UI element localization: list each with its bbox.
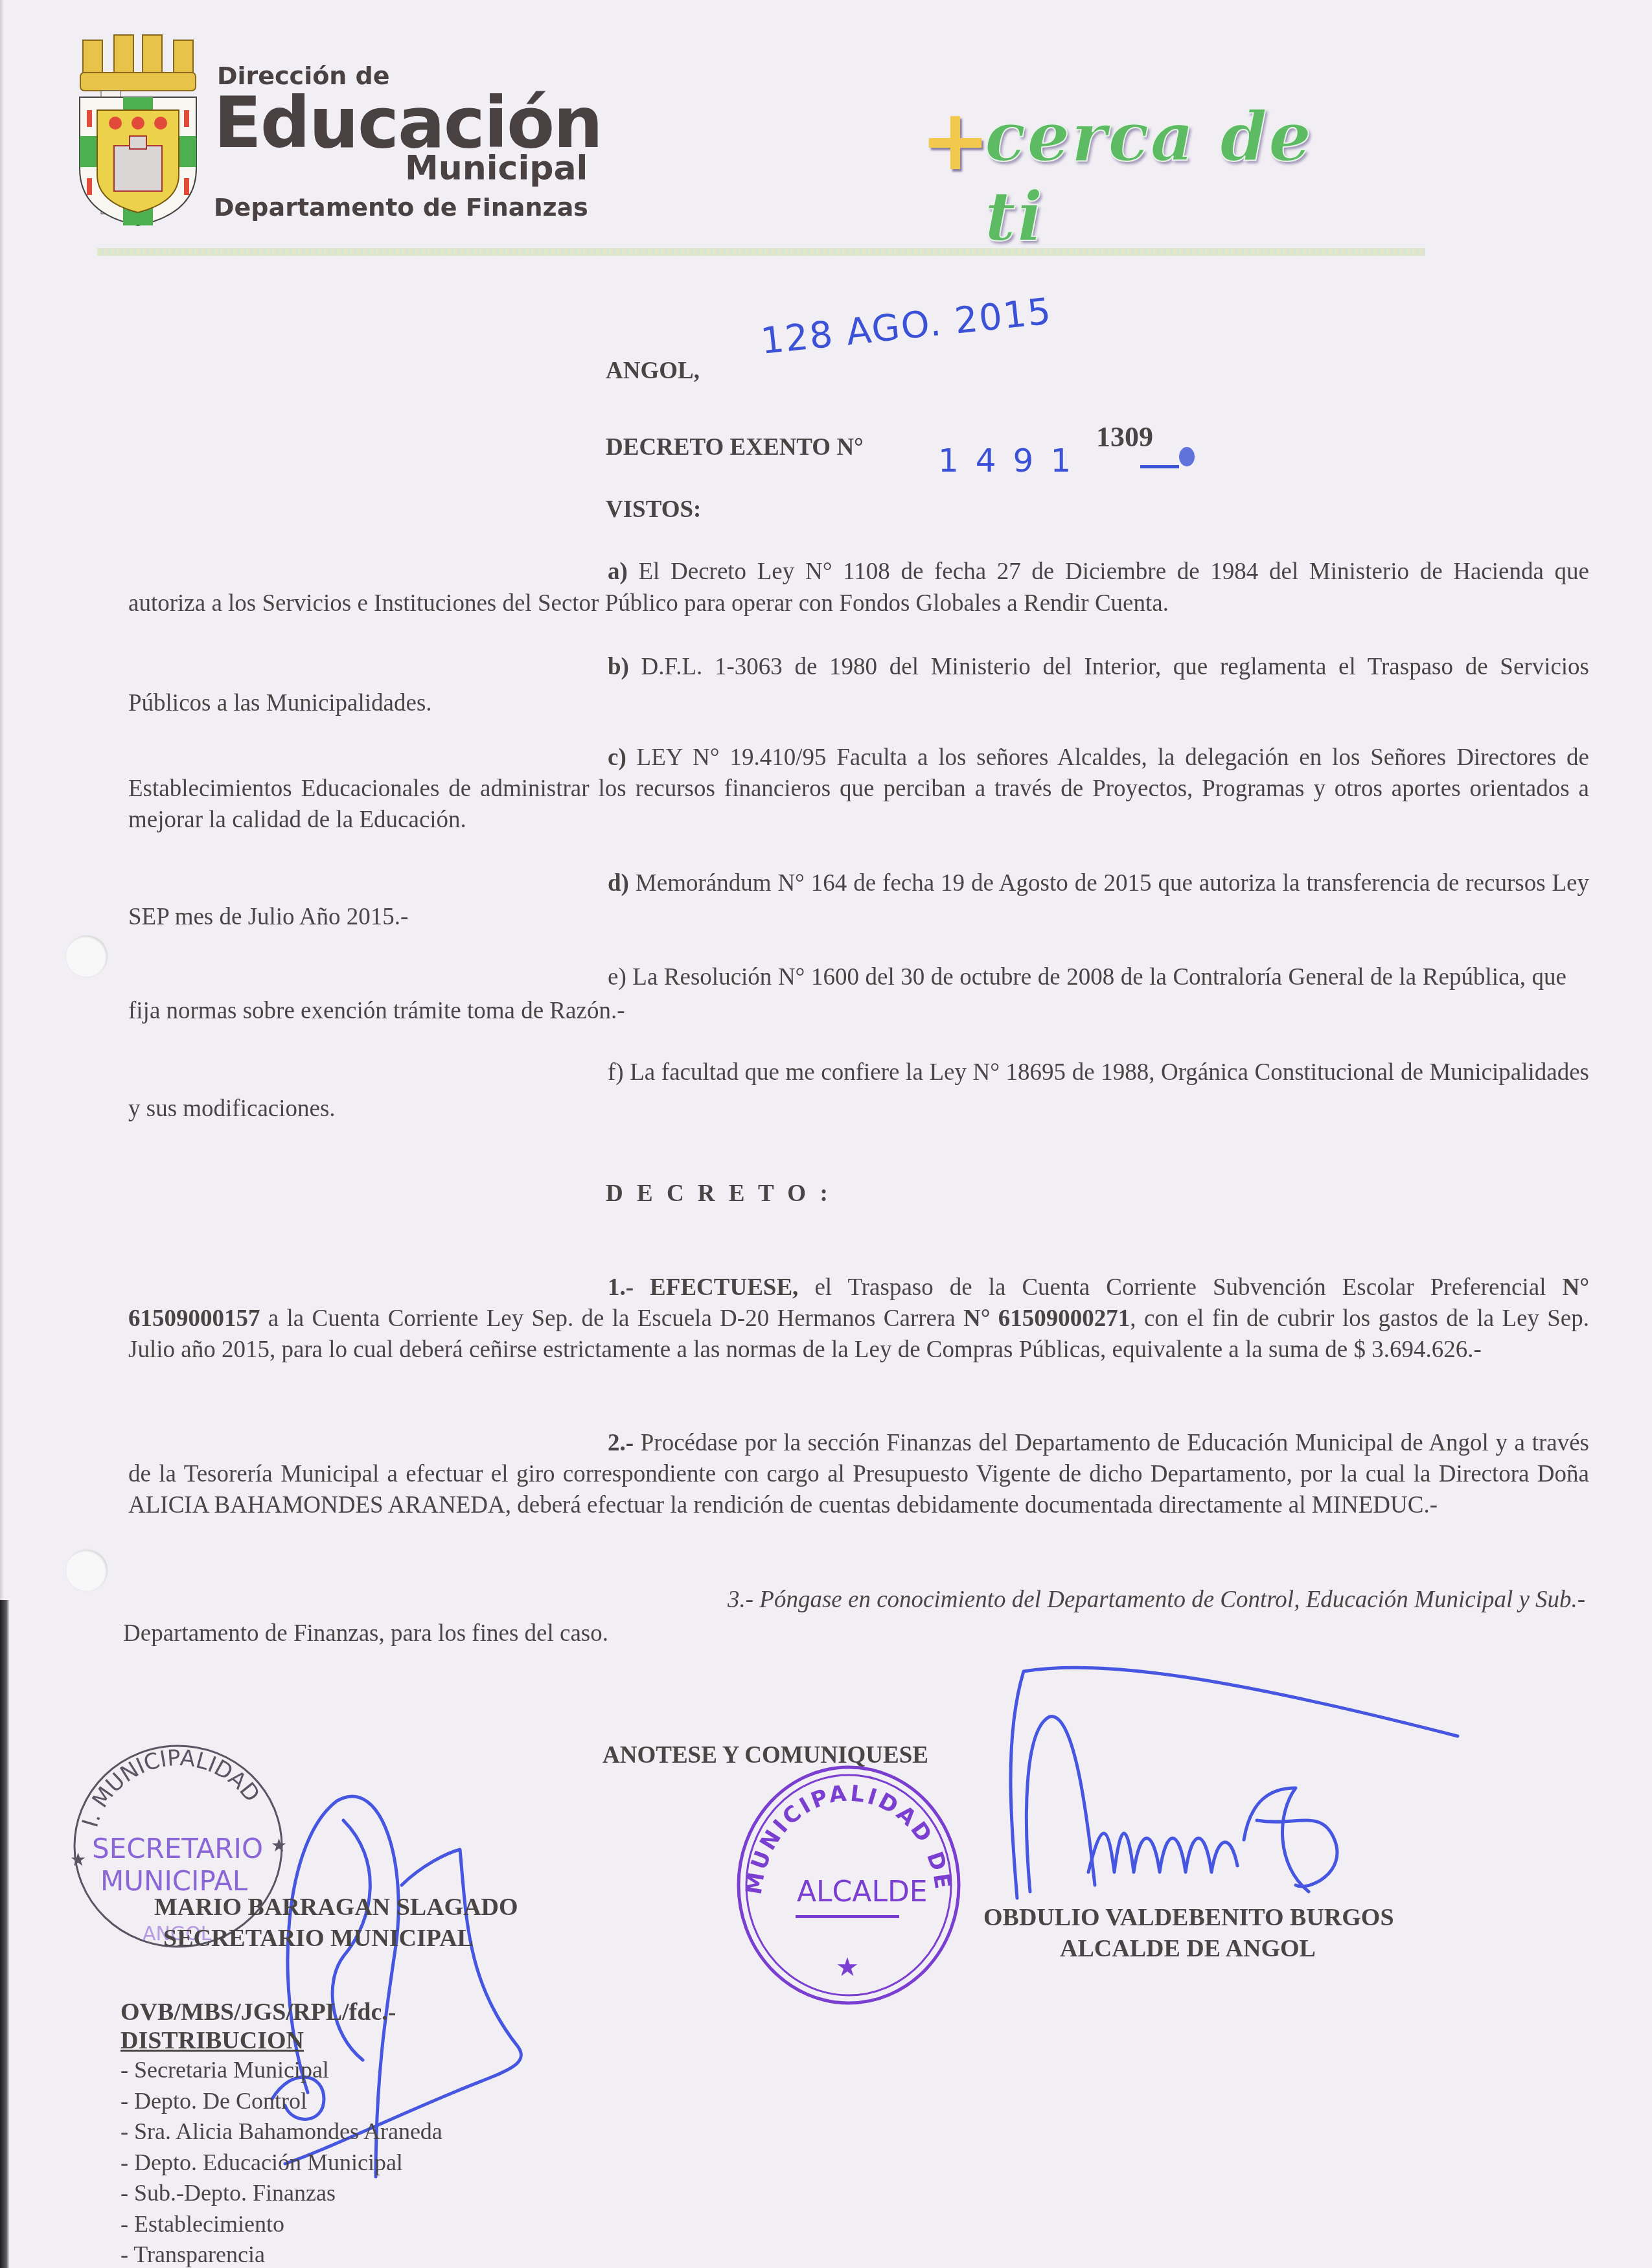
distribution-label: DISTRIBUCION: [120, 2025, 304, 2057]
svg-text:ALCALDE: ALCALDE: [797, 1875, 928, 1908]
svg-text:★: ★: [836, 1953, 859, 1982]
article-text: Procédase por la sección Finanzas del De…: [128, 1430, 1589, 1518]
article-number: 3.-: [728, 1586, 753, 1613]
distribution-list: - Secretaria Municipal - Depto. De Contr…: [120, 2055, 442, 2268]
secretary-title: SECRETARIO MUNICIPAL: [163, 1923, 474, 1954]
distribution-item: - Sra. Alicia Bahamondes Araneda: [120, 2116, 442, 2148]
date-stamp: 128 AGO. 2015: [759, 290, 1054, 363]
article-text: Póngase en conocimiento del Departamento…: [753, 1586, 1585, 1613]
punch-hole: [66, 1550, 108, 1591]
visto-letter: c): [608, 744, 626, 771]
header-divider: [97, 248, 1425, 256]
svg-text:★: ★: [70, 1850, 86, 1870]
distribution-item: - Depto. De Control: [120, 2086, 442, 2117]
visto-text: D.F.L. 1-3063 de 1980 del Ministerio del…: [128, 654, 1589, 716]
visto-text: Memorándum N° 164 de fecha 19 de Agosto …: [128, 870, 1589, 930]
article-lead: EFECTUESE,: [650, 1274, 798, 1301]
distribution-item: - Secretaria Municipal: [120, 2055, 442, 2086]
mayor-signature: [972, 1658, 1490, 1930]
visto-text: La Resolución N° 1600 del 30 de octubre …: [128, 964, 1566, 1024]
decreto-title: D E C R E T O :: [606, 1178, 832, 1209]
article-text: a la Cuenta Corriente Ley Sep. de la Esc…: [260, 1305, 964, 1332]
mayor-stamp-icon: MUNICIPALIDAD DE ANGOL ALCALDE ★: [732, 1762, 965, 2008]
svg-text:I. MUNICIPALIDAD: I. MUNICIPALIDAD: [77, 1745, 264, 1831]
vistos-label: VISTOS:: [606, 494, 701, 525]
article-number: 2.-: [608, 1430, 634, 1456]
visto-text: El Decreto Ley N° 1108 de fecha 27 de Di…: [128, 558, 1589, 617]
mayor-title: ALCALDE DE ANGOL: [1060, 1933, 1316, 1965]
decree-stamp-number: 1491: [938, 442, 1088, 479]
distribution-item: - Transparencia: [120, 2239, 442, 2268]
scan-edge: [0, 0, 4, 1600]
header-department: Departamento de Finanzas: [214, 193, 588, 222]
distribution-item: - Sub.-Depto. Finanzas: [120, 2178, 442, 2209]
article-text: el Traspaso de la Cuenta Corriente Subve…: [798, 1274, 1562, 1301]
article-2: 2.- Procédase por la sección Finanzas de…: [128, 1428, 1589, 1521]
slogan-plus: +: [920, 91, 991, 189]
svg-text:SECRETARIO: SECRETARIO: [92, 1833, 263, 1864]
article-text-continued: Departamento de Finanzas, para los fines…: [123, 1617, 1589, 1651]
article-number: 1.-: [608, 1274, 634, 1301]
handwritten-mark: [1179, 447, 1195, 466]
slogan-text: cerca de ti: [985, 97, 1322, 257]
visto-letter: b): [608, 654, 629, 680]
punch-hole: [66, 935, 108, 977]
secretary-name: MARIO BARRAGAN SLAGADO: [154, 1892, 518, 1923]
visto-d: d) Memorándum N° 164 de fecha 19 de Agos…: [128, 867, 1589, 934]
decree-label: DECRETO EXENTO N°: [606, 431, 864, 463]
visto-letter: f): [608, 1059, 624, 1086]
slogan-logo: + cerca de ti: [920, 97, 1322, 188]
mayor-name: OBDULIO VALDEBENITO BURGOS: [983, 1902, 1394, 1934]
place-label: ANGOL,: [606, 355, 700, 387]
visto-a: a) El Decreto Ley N° 1108 de fecha 27 de…: [128, 556, 1589, 619]
scan-shadow: [0, 1600, 9, 2268]
reference-initials: OVB/MBS/JGS/RPL/fdc.-: [120, 1997, 396, 2028]
account-to: N° 61509000271: [963, 1305, 1130, 1332]
article-3: 3.- Póngase en conocimiento del Departam…: [128, 1583, 1589, 1651]
visto-f: f) La facultad que me confiere la Ley N°…: [128, 1055, 1589, 1127]
visto-letter: e): [608, 964, 626, 991]
visto-letter: a): [608, 558, 628, 585]
decree-number: 1309: [1096, 421, 1153, 453]
distribution-item: - Establecimiento: [120, 2209, 442, 2240]
municipal-crest-icon: [76, 32, 200, 227]
visto-text: LEY N° 19.410/95 Faculta a los señores A…: [128, 744, 1589, 833]
header-line-3: Municipal: [405, 149, 588, 188]
visto-c: c) LEY N° 19.410/95 Faculta a los señore…: [128, 742, 1589, 836]
visto-letter: d): [608, 870, 629, 897]
article-1: 1.- EFECTUESE, el Traspaso de la Cuenta …: [128, 1272, 1589, 1366]
decree-underline-mark: [1140, 465, 1179, 468]
distribution-item: - Depto. Educación Municipal: [120, 2148, 442, 2179]
visto-e: e) La Resolución N° 1600 del 30 de octub…: [128, 961, 1566, 1028]
date-stamp-text: 28 AGO. 2015: [783, 290, 1054, 360]
visto-b: b) D.F.L. 1-3063 de 1980 del Ministerio …: [128, 649, 1589, 722]
visto-text: La facultad que me confiere la Ley N° 18…: [128, 1059, 1589, 1122]
